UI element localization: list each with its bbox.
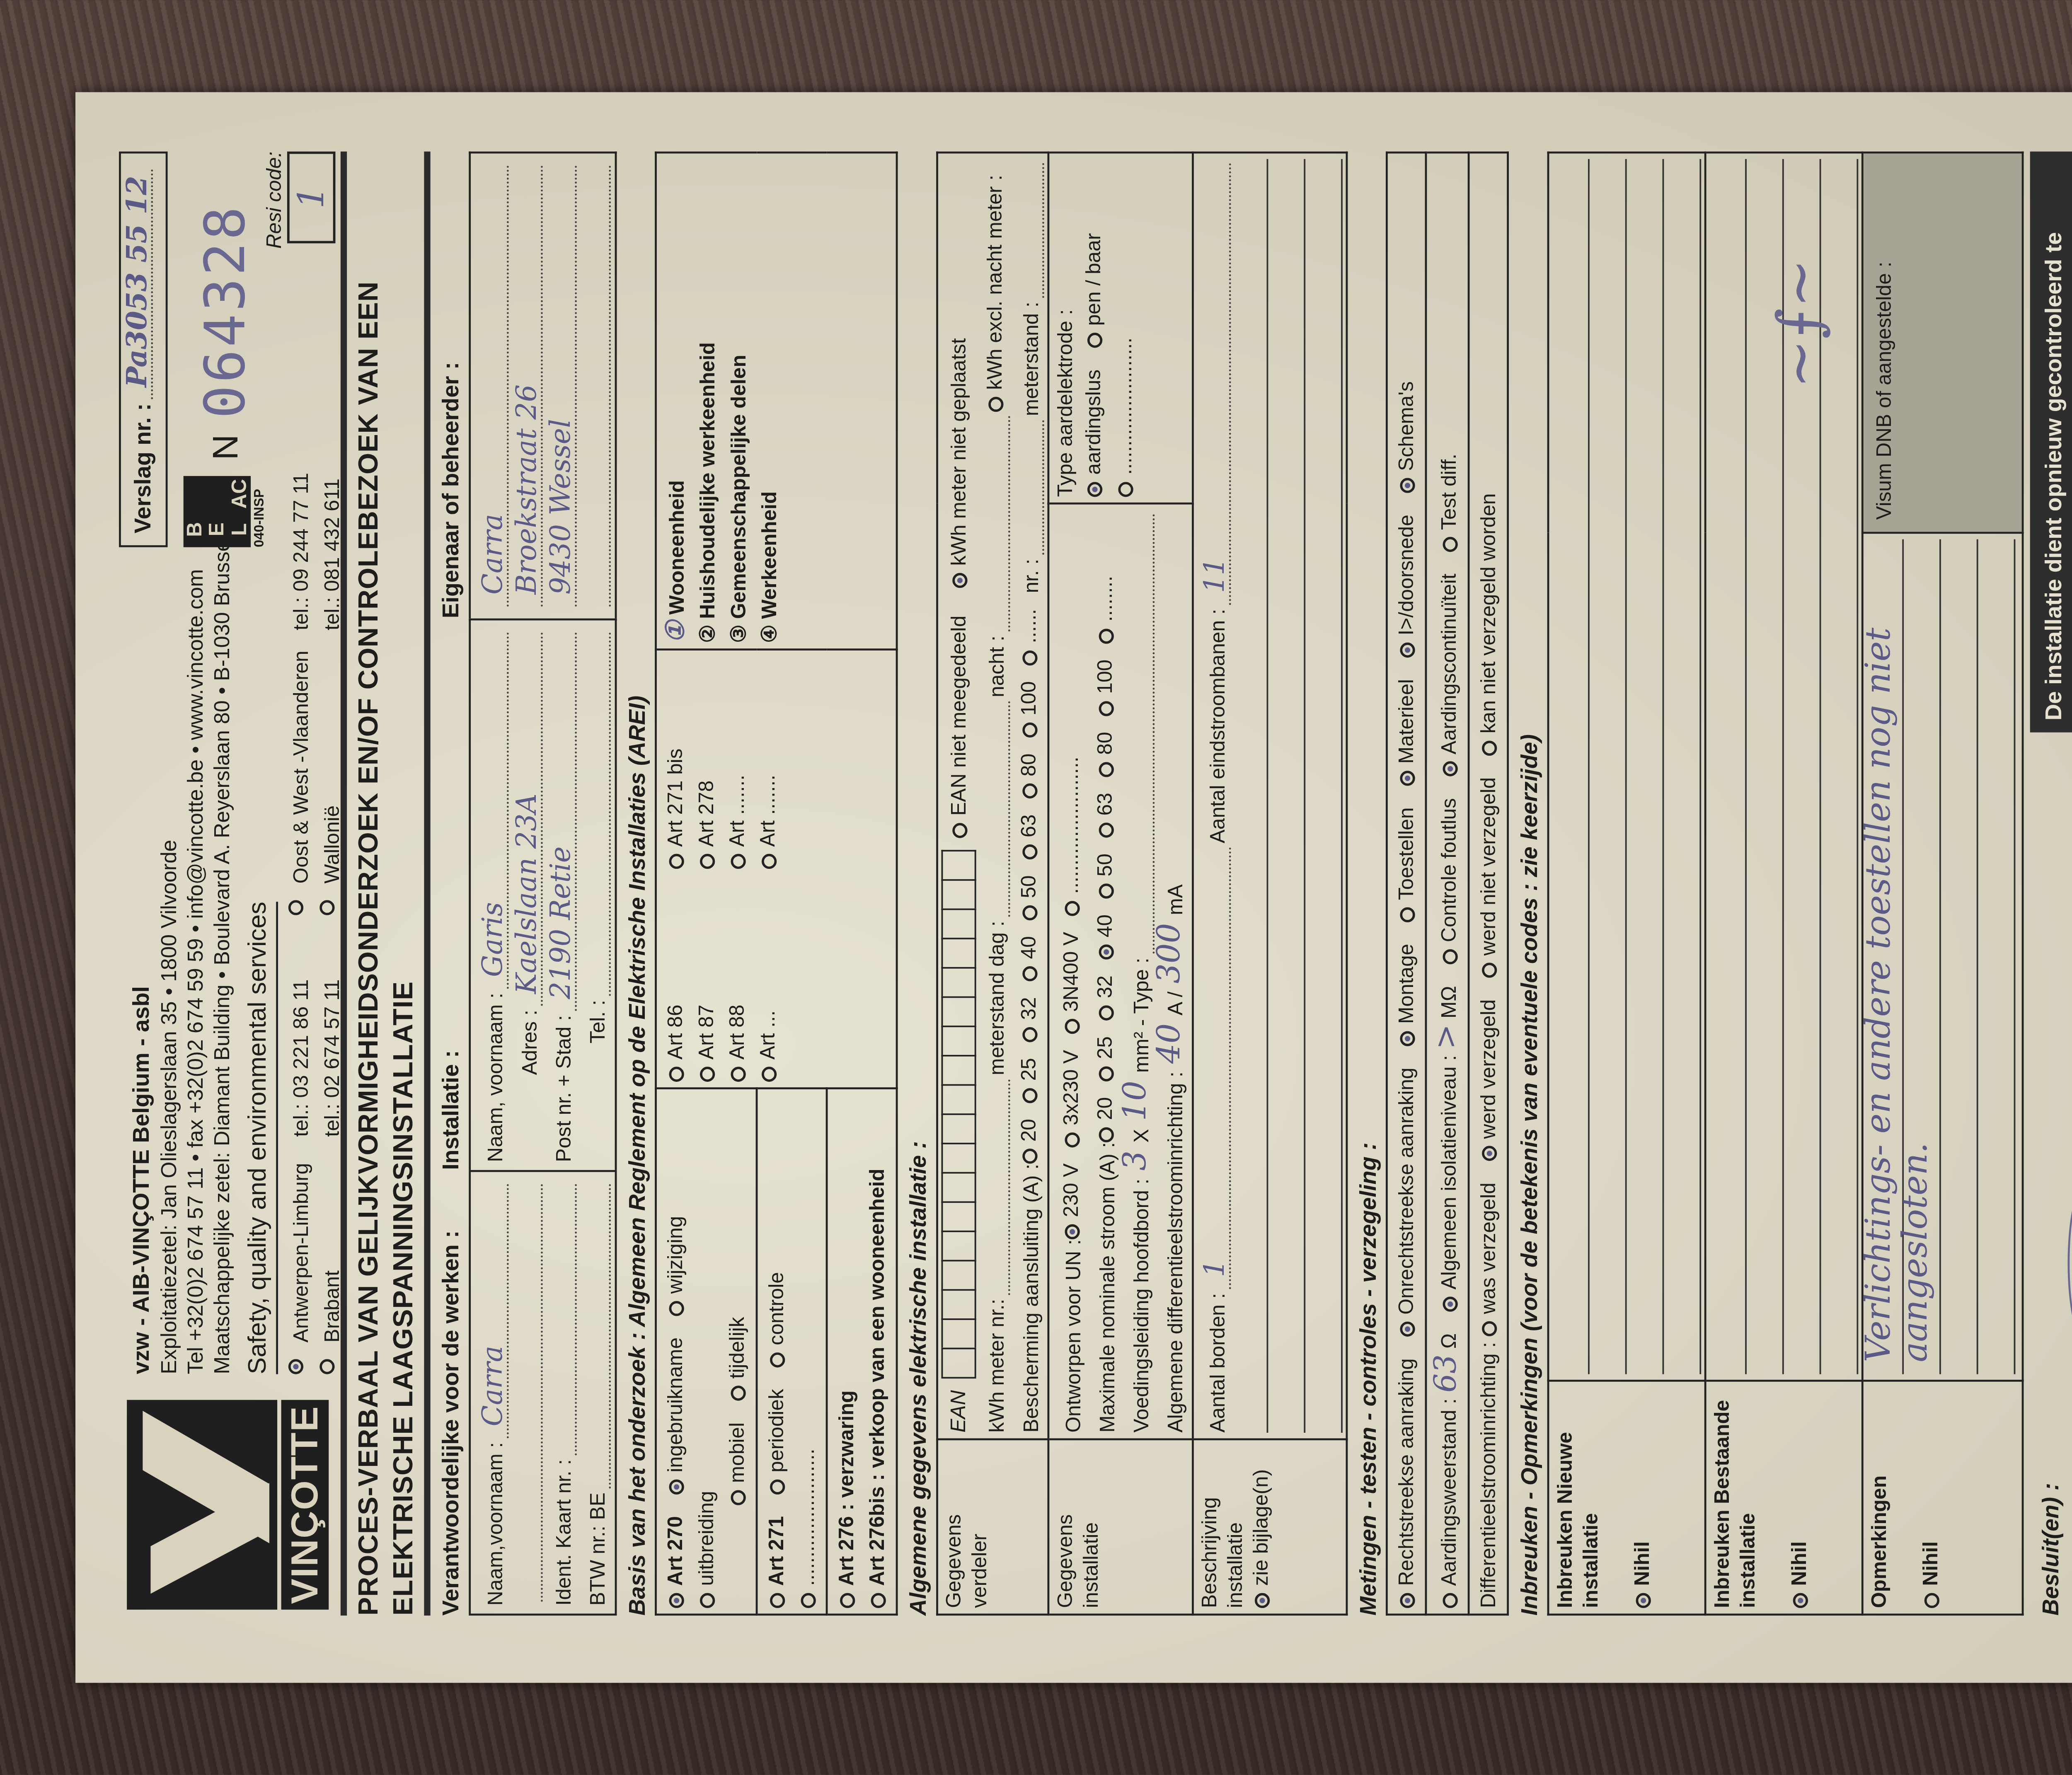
kan-niet-verzegeld-radio[interactable] <box>1482 741 1497 756</box>
visum-box: Visum DNB of aangestelde : <box>1863 153 2021 532</box>
art276bis-radio[interactable] <box>871 1593 886 1608</box>
region-selector: Antwerpen-Limburg tel.: 03 221 86 11 Oos… <box>288 152 346 1374</box>
montage-radio[interactable] <box>1400 1031 1415 1046</box>
unit-werkeenheid[interactable]: ④ Werkeenheid <box>754 491 785 643</box>
region-radio-oost-west[interactable] <box>288 900 303 915</box>
earth-other-radio[interactable] <box>1118 482 1133 497</box>
art87-radio[interactable] <box>700 1066 715 1081</box>
was-verzegeld-radio[interactable] <box>1482 1321 1497 1336</box>
region-radio-wallonie[interactable] <box>320 900 334 915</box>
rechtstreekse-radio[interactable] <box>1400 1593 1415 1608</box>
existing-nihil-radio[interactable] <box>1793 1593 1808 1608</box>
voldoet-circled[interactable]: voldoet <box>2067 1186 2072 1340</box>
art88-radio[interactable] <box>731 1066 746 1081</box>
werd-verzegeld-radio[interactable] <box>1482 1146 1497 1161</box>
remarks-lines[interactable]: Verlichtings- en andere toestellen nog n… <box>1866 539 2015 1374</box>
art-other-radio-2[interactable] <box>762 1066 777 1081</box>
isolatie-radio[interactable] <box>1443 1296 1458 1311</box>
tagline: Safety, quality and environmental servic… <box>241 902 278 1374</box>
foutlus-radio[interactable] <box>1443 949 1458 964</box>
meter-night-field[interactable] <box>990 416 1010 631</box>
art278-radio[interactable] <box>700 854 715 869</box>
boards-field[interactable]: 1 <box>1211 847 1231 1289</box>
installation-postal-field[interactable]: 2190 Retie <box>557 632 577 1011</box>
pen-baar-radio[interactable] <box>1087 333 1102 348</box>
aardingslus-radio[interactable] <box>1087 482 1102 497</box>
art-other-radio[interactable] <box>731 854 746 869</box>
ingebruikname-radio[interactable] <box>669 1480 684 1494</box>
art270-radio[interactable] <box>669 1593 684 1608</box>
installation-block: Installatie : Naam, voornaam :Garis Adre… <box>431 618 617 1170</box>
responsible-name-field[interactable]: Carra <box>489 1184 508 1438</box>
region-label: Oost & West -Vlaanderen <box>288 630 314 883</box>
toestellen-radio[interactable] <box>1400 907 1415 922</box>
kwh-excl-night-radio[interactable] <box>988 397 1003 412</box>
recheck-box: De installatie dient opnieuw gecontrolee… <box>2030 152 2072 733</box>
feed-type[interactable] <box>1135 514 1155 954</box>
general-heading: Algemene gegevens elektrische installati… <box>904 152 933 1616</box>
wijziging-radio[interactable] <box>669 1301 684 1316</box>
belac-code: 040-INSP <box>251 476 268 547</box>
ean-not-given-radio[interactable] <box>952 823 967 838</box>
mobiel-radio[interactable] <box>731 1490 746 1505</box>
unit-gemeenschappelijke[interactable]: ③ Gemeenschappelijke delen <box>723 355 754 643</box>
basis-heading: Basis van het onderzoek : Algemeen Regle… <box>623 152 651 1616</box>
diff-ma[interactable]: 300 <box>1149 923 1188 984</box>
feed-count[interactable]: 3 <box>1115 1151 1155 1171</box>
region-radio-brabant[interactable] <box>320 1359 334 1374</box>
parties-section: Verantwoordelijke voor de werken : Naam,… <box>431 152 617 1616</box>
art-other-radio-3[interactable] <box>762 854 777 869</box>
region-label: Wallonië <box>320 630 345 883</box>
voltage-3n400-radio[interactable] <box>1065 1019 1080 1034</box>
infractions-heading: Inbreuken - Opmerkingen (voor de beteken… <box>1515 152 1544 1616</box>
see-annex-radio[interactable] <box>1255 1593 1270 1608</box>
werd-niet-verzegeld-radio[interactable] <box>1482 963 1497 978</box>
unit-huishoudelijke[interactable]: ② Huishoudelijke werkeenheid <box>692 342 723 643</box>
diff-a[interactable]: 40 <box>1149 1023 1188 1064</box>
basis-table: Art 270 ingebruikname wijziging uitbreid… <box>655 152 898 1616</box>
report-number-value: Pa3053 55 12 <box>119 176 154 387</box>
decision-section: Besluit(en) : De nieuwe installatie vold… <box>2030 152 2072 1616</box>
responsible-block: Verantwoordelijke voor de werken : Naam,… <box>431 1170 617 1615</box>
owner-line-3[interactable]: 9430 Wessel <box>557 165 577 607</box>
serial-prefix: N <box>203 435 247 460</box>
owner-line-2[interactable]: Broekstraat 26 <box>523 165 543 607</box>
other-radio[interactable] <box>801 1593 816 1608</box>
periodiek-radio[interactable] <box>770 1480 785 1494</box>
logo-text: VINÇOTTE <box>281 1400 329 1610</box>
unit-wooneenheid[interactable]: ① Wooneenheid <box>660 480 692 643</box>
resi-code: Resi code: 1 <box>261 152 336 249</box>
art86-radio[interactable] <box>669 1066 684 1081</box>
feed-section[interactable]: 10 <box>1115 1081 1155 1121</box>
region-tel: tel.: 081 432 611 <box>320 409 345 630</box>
document-photo: VINÇOTTE vzw - AIB-VINÇOTTE Belgium - as… <box>75 92 2072 1683</box>
responsible-name-field-2[interactable] <box>523 1184 543 1602</box>
vincotte-logo: VINÇOTTE <box>127 1394 333 1615</box>
test-diff-radio[interactable] <box>1443 537 1458 552</box>
aardingsweerstand-radio[interactable] <box>1443 1593 1458 1608</box>
serial-number: 064328 <box>191 204 260 418</box>
doorsnede-radio[interactable] <box>1400 643 1415 658</box>
new-nihil-radio[interactable] <box>1636 1593 1651 1608</box>
ident-card-field[interactable] <box>557 1184 577 1455</box>
kwh-meter-field[interactable] <box>990 1079 1010 1295</box>
v-logo-icon <box>127 1400 277 1610</box>
circuits-field[interactable]: 11 <box>1211 163 1231 605</box>
night-meter-nr[interactable] <box>1025 420 1044 555</box>
voltage-3x230-radio[interactable] <box>1065 1132 1080 1147</box>
night-meterstand[interactable] <box>1025 163 1044 297</box>
installation-tel-field[interactable] <box>591 632 611 996</box>
owner-line-1[interactable]: Carra <box>489 165 508 607</box>
general-table: Gegevens verdeler EAN EAN niet meegedeel… <box>936 152 1348 1616</box>
art276-radio[interactable] <box>840 1593 855 1608</box>
owner-block: Eigenaar of beheerder : Carra Broekstraa… <box>431 152 617 619</box>
meter-day-field[interactable] <box>990 701 1010 917</box>
form-title: PROCES-VERBAAL VAN GELIJKVORMIGHEIDSONDE… <box>341 152 431 1616</box>
aardingscontinuiteit-radio[interactable] <box>1443 762 1458 776</box>
materieel-radio[interactable] <box>1400 771 1415 786</box>
voltage-230-radio[interactable] <box>1065 1224 1080 1239</box>
uitbreiding-radio[interactable] <box>700 1593 715 1608</box>
tijdelijk-radio[interactable] <box>731 1386 746 1401</box>
region-tel: tel.: 03 221 86 11 <box>288 915 314 1137</box>
region-label: Brabant <box>320 1137 345 1343</box>
inspection-form: VINÇOTTE vzw - AIB-VINÇOTTE Belgium - as… <box>75 92 2072 1683</box>
report-number-field[interactable]: Verslag nr. : Pa3053 55 12 <box>119 152 167 547</box>
region-radio-antwerpen[interactable] <box>288 1359 303 1374</box>
kwh-not-placed-radio[interactable] <box>952 573 967 588</box>
belac-logo-icon: B E LAC <box>183 476 250 547</box>
voltage-other-radio[interactable] <box>1065 901 1080 916</box>
signature: ~⨍~ <box>1762 259 1837 389</box>
ean-input[interactable] <box>941 850 976 1378</box>
installation-address-field[interactable]: Kaelslaan 23A <box>523 632 543 1006</box>
region-tel: tel.: 02 674 57 11 <box>320 915 345 1137</box>
belac-block: B E LAC 040-INSP N 064328 <box>183 152 267 547</box>
art271-radio[interactable] <box>770 1593 785 1608</box>
report-meta: Verslag nr. : Pa3053 55 12 B E LAC 040-I… <box>119 152 267 547</box>
onrechtstreekse-radio[interactable] <box>1400 1322 1415 1337</box>
owner-line-4[interactable] <box>591 165 611 607</box>
measurements-table: Rechtstreekse aanraking Onrechtstreekse … <box>1386 152 1509 1616</box>
btw-field[interactable] <box>591 1184 611 1488</box>
schemas-radio[interactable] <box>1400 478 1415 493</box>
resi-code-box[interactable]: 1 <box>287 152 336 244</box>
region-tel: tel.: 09 244 77 11 <box>288 409 314 630</box>
region-label: Antwerpen-Limburg <box>288 1137 314 1343</box>
installation-name-field[interactable]: Garis <box>489 632 508 989</box>
max-current-40-radio[interactable] <box>1099 945 1113 960</box>
controle-radio[interactable] <box>770 1352 785 1367</box>
measurements-heading: Metingen - testen - controles - verzegel… <box>1354 152 1382 1616</box>
art271bis-radio[interactable] <box>669 854 684 869</box>
remarks-nihil-radio[interactable] <box>1924 1593 1939 1608</box>
